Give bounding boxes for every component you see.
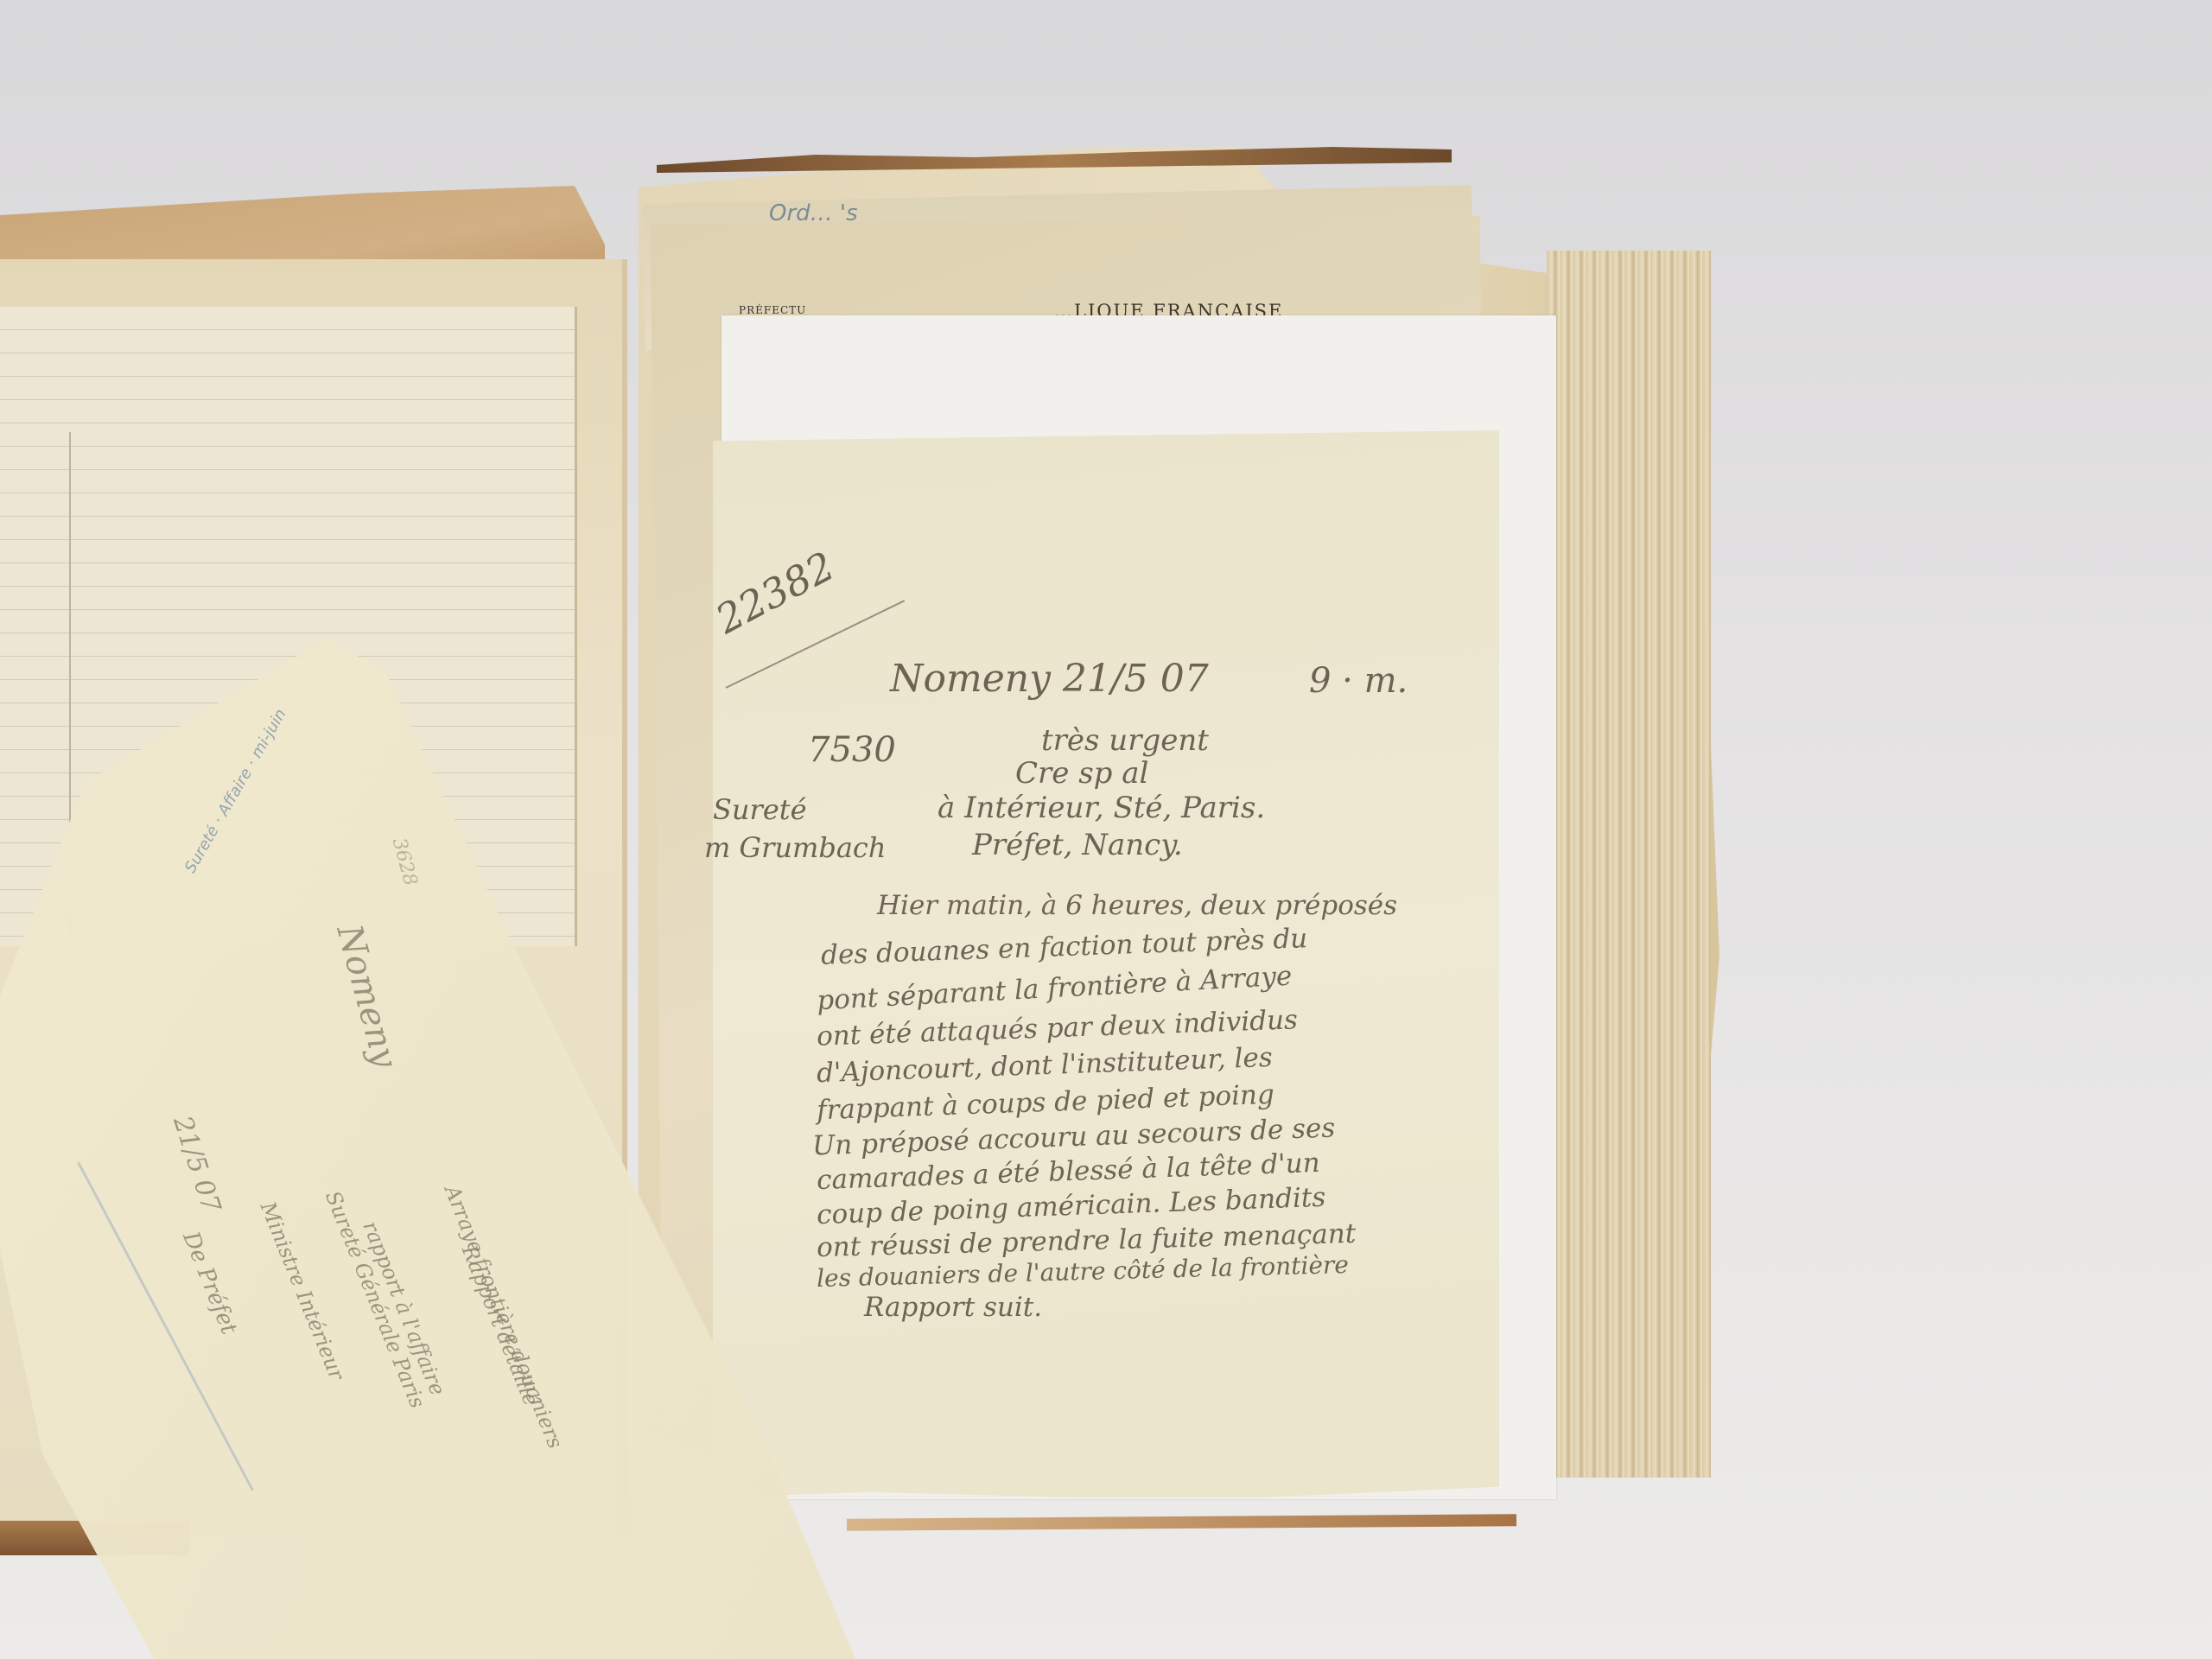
stack-page-edges (1547, 251, 1711, 1478)
telegram-closing: Rapport suit. (864, 1292, 1042, 1323)
body-line: Hier matin, à 6 heures, deux préposés (877, 890, 1397, 921)
telegram-urgency: très urgent (1041, 723, 1209, 758)
telegram-recipient-2: Préfet, Nancy. (972, 828, 1183, 862)
blue-pencil-note: Ord… 's (769, 200, 858, 226)
telegram-signed-label: m Grumbach (704, 831, 886, 864)
telegram-place-date: Nomeny 21/5 07 (890, 657, 1209, 701)
telegram-recipient-1: à Intérieur, Sté, Paris. (938, 791, 1265, 825)
telegram-code: 7530 (808, 730, 896, 770)
telegram-hour: 9 · m. (1309, 661, 1408, 701)
letterhead-prefecture: PRÉFECTU (739, 304, 806, 316)
stack-bottom-edge (847, 1514, 1516, 1530)
telegram-circulation: Cre sp al (1015, 756, 1148, 791)
telegram-service-label: Sureté (713, 793, 807, 826)
